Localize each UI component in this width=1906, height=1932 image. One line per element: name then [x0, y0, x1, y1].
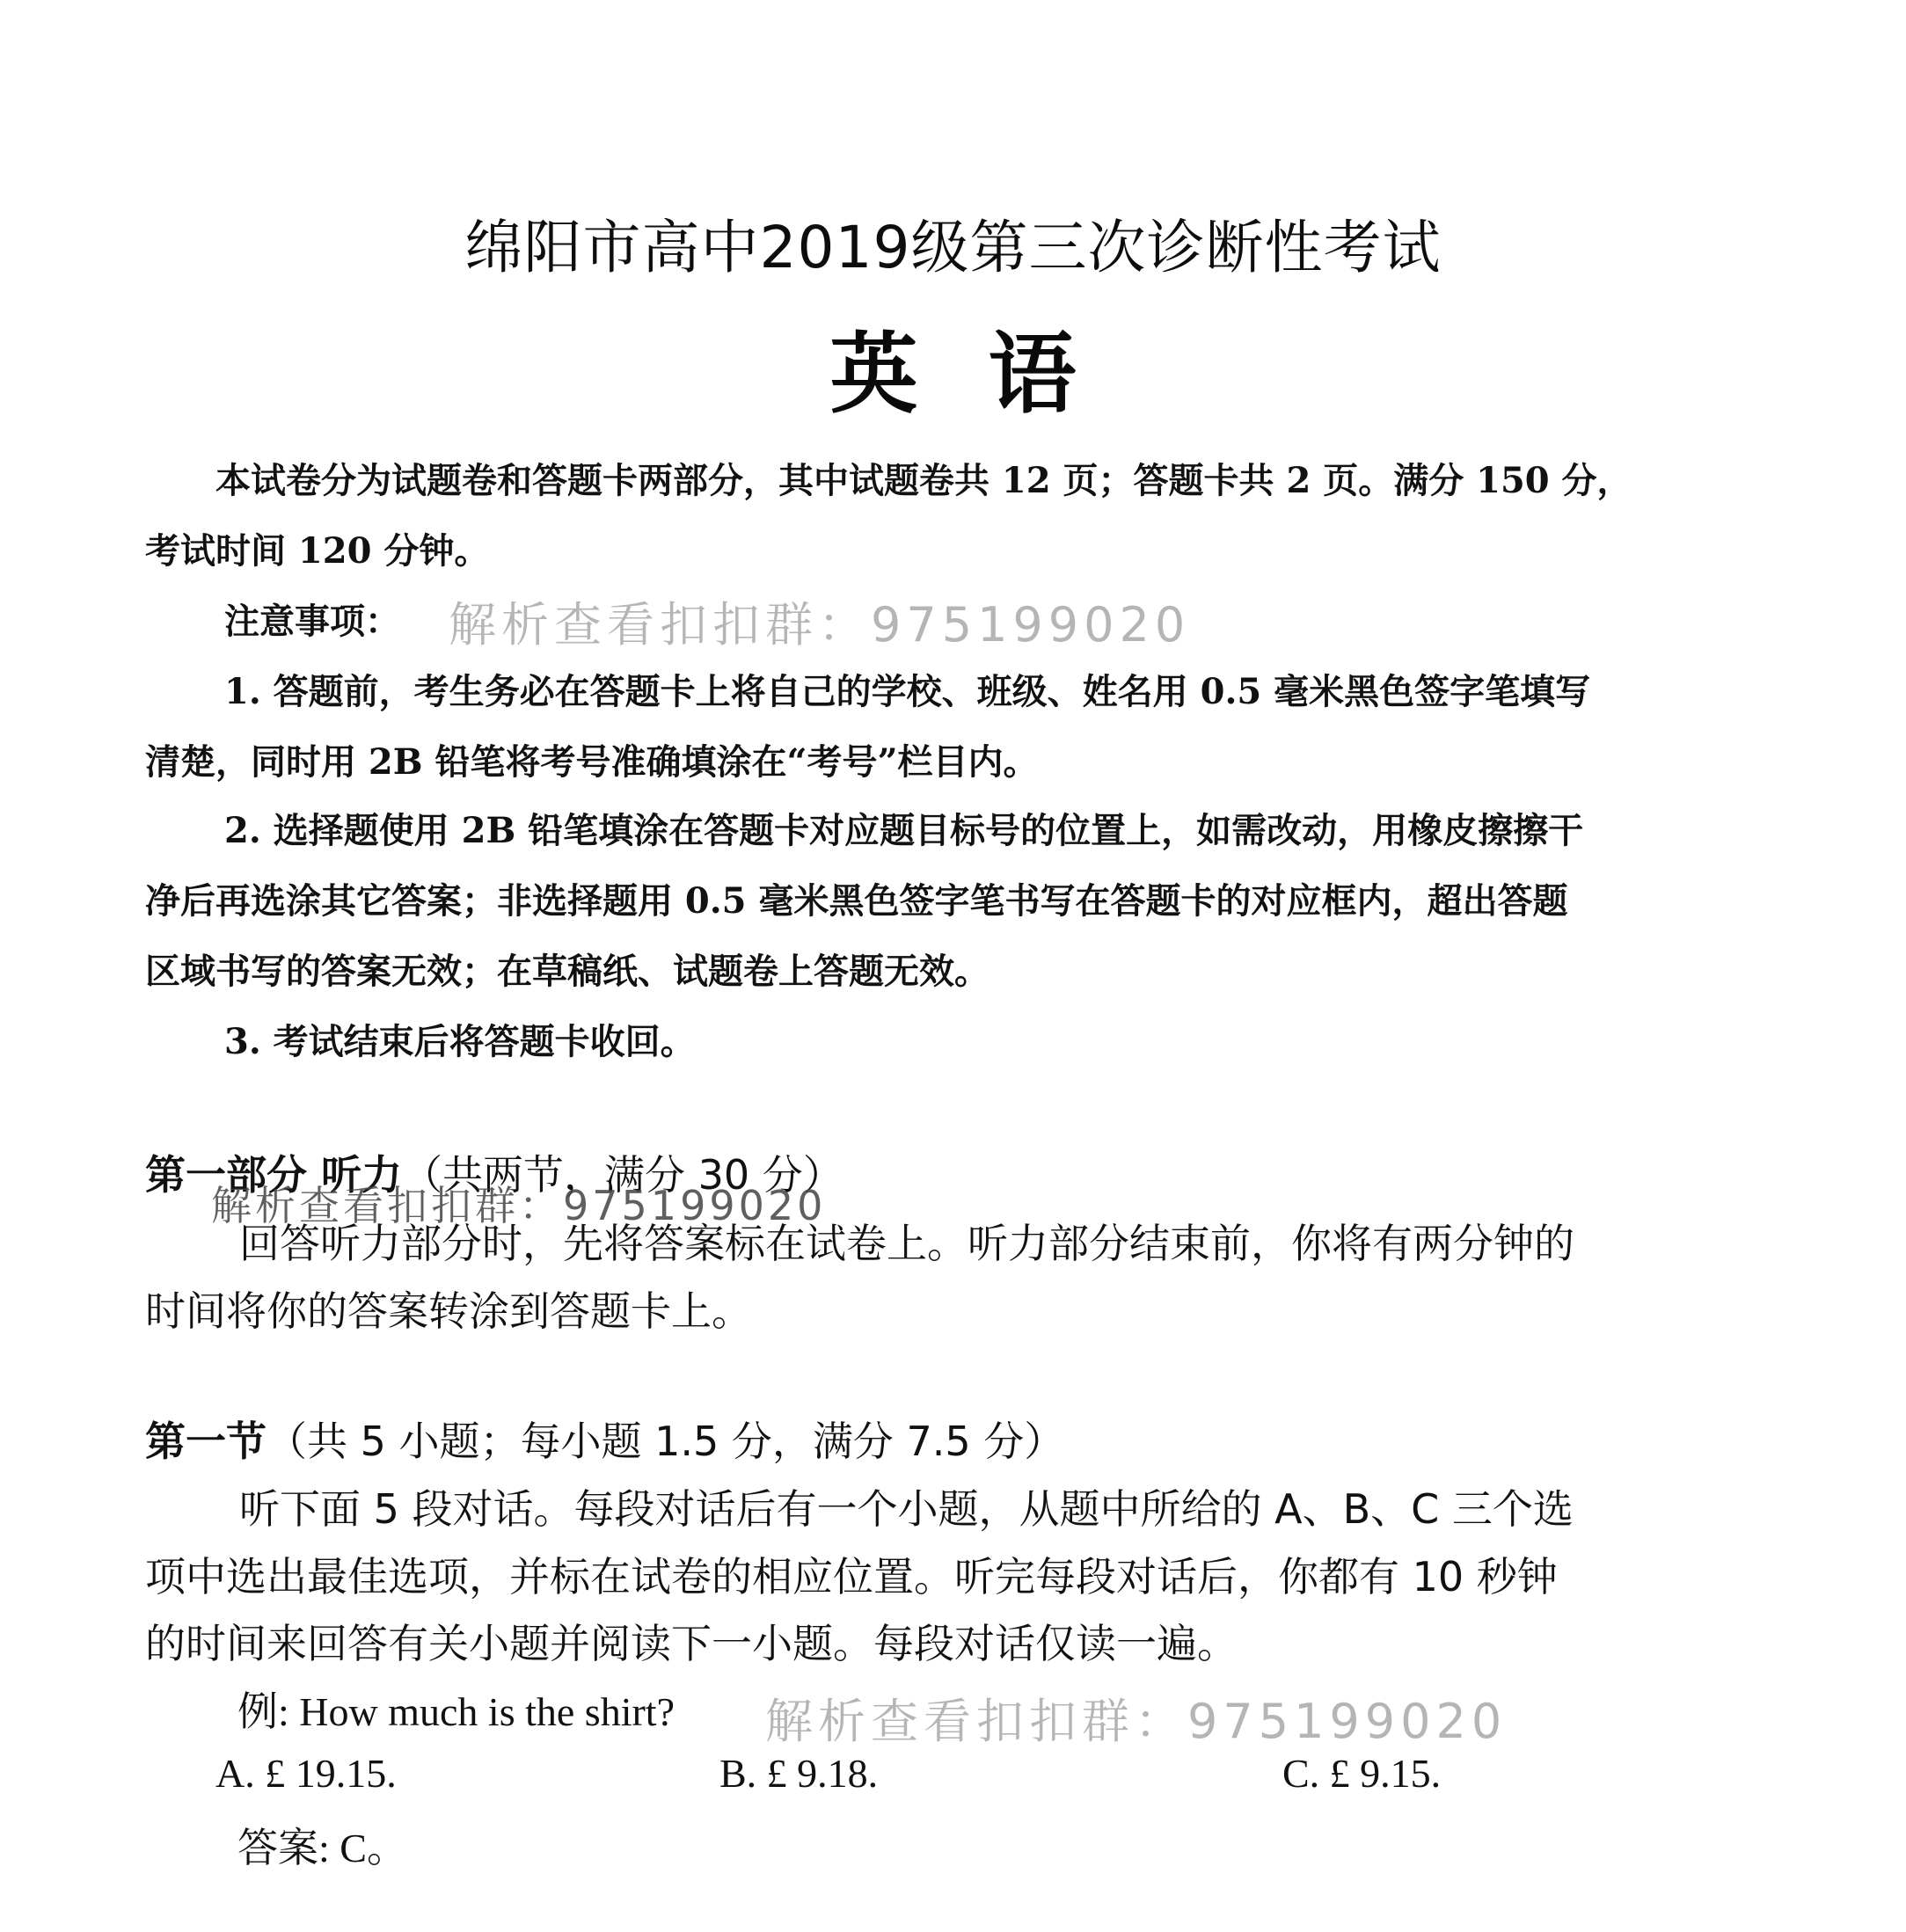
notice-1-line-2: 清楚，同时用 2B 铅笔将考号准确填涂在“考号”栏目内。 — [145, 734, 1039, 784]
section1-heading-title: 第一节 — [145, 1418, 267, 1465]
section1-instruction-line-3: 的时间来回答有关小题并阅读下一小题。每段对话仅读一遍。 — [145, 1612, 1238, 1670]
watermark-3: 解析查看扣扣群：975199020 — [765, 1684, 1507, 1752]
watermark-1: 解析查看扣扣群：975199020 — [449, 587, 1190, 655]
section1-instruction-line-2: 项中选出最佳选项，并标在试卷的相应位置。听完每段对话后，你都有 10 秒钟 — [145, 1545, 1558, 1603]
example-answer: 答案: C。 — [237, 1816, 407, 1874]
subject-title: 英语 — [0, 303, 1906, 430]
exam-title: 绵阳市高中2019级第三次诊断性考试 — [0, 200, 1906, 284]
example-option-c: C. £ 9.15. — [1282, 1750, 1441, 1797]
part1-instruction-line-1: 回答听力部分时，先将答案标在试卷上。听力部分结束前，你将有两分钟的 — [239, 1212, 1574, 1270]
section1-heading: 第一节（共 5 小题；每小题 1.5 分，满分 7.5 分） — [145, 1410, 1064, 1468]
intro-line-1: 本试卷分为试题卷和答题卡两部分，其中试题卷共 12 页；答题卡共 2 页。满分 … — [215, 453, 1632, 503]
notice-1-line-1: 1. 答题前，考生务必在答题卡上将自己的学校、班级、姓名用 0.5 毫米黑色签字… — [224, 664, 1590, 714]
notices-heading: 注意事项： — [224, 594, 400, 644]
intro-line-2: 考试时间 120 分钟。 — [145, 523, 489, 573]
notice-2-line-3: 区域书写的答案无效；在草稿纸、试题卷上答题无效。 — [145, 944, 990, 994]
notice-3-line-1: 3. 考试结束后将答题卡收回。 — [224, 1014, 696, 1064]
example-question: 例: How much is the shirt? — [237, 1680, 675, 1738]
notice-2-line-2: 净后再选涂其它答案；非选择题用 0.5 毫米黑色签字笔书写在答题卡的对应框内，超… — [145, 873, 1567, 923]
example-option-b: B. £ 9.18. — [719, 1750, 878, 1797]
part1-instruction-line-2: 时间将你的答案转涂到答题卡上。 — [145, 1279, 752, 1338]
example-option-a: A. £ 19.15. — [215, 1750, 397, 1797]
notice-2-line-1: 2. 选择题使用 2B 铅笔填涂在答题卡对应题目标号的位置上，如需改动，用橡皮擦… — [224, 803, 1583, 853]
section1-instruction-line-1: 听下面 5 段对话。每段对话后有一个小题，从题中所给的 A、B、C 三个选 — [239, 1477, 1574, 1535]
exam-page: 绵阳市高中2019级第三次诊断性考试 英语 本试卷分为试题卷和答题卡两部分，其中… — [0, 0, 1906, 1932]
section1-heading-score: （共 5 小题；每小题 1.5 分，满分 7.5 分） — [267, 1418, 1064, 1465]
